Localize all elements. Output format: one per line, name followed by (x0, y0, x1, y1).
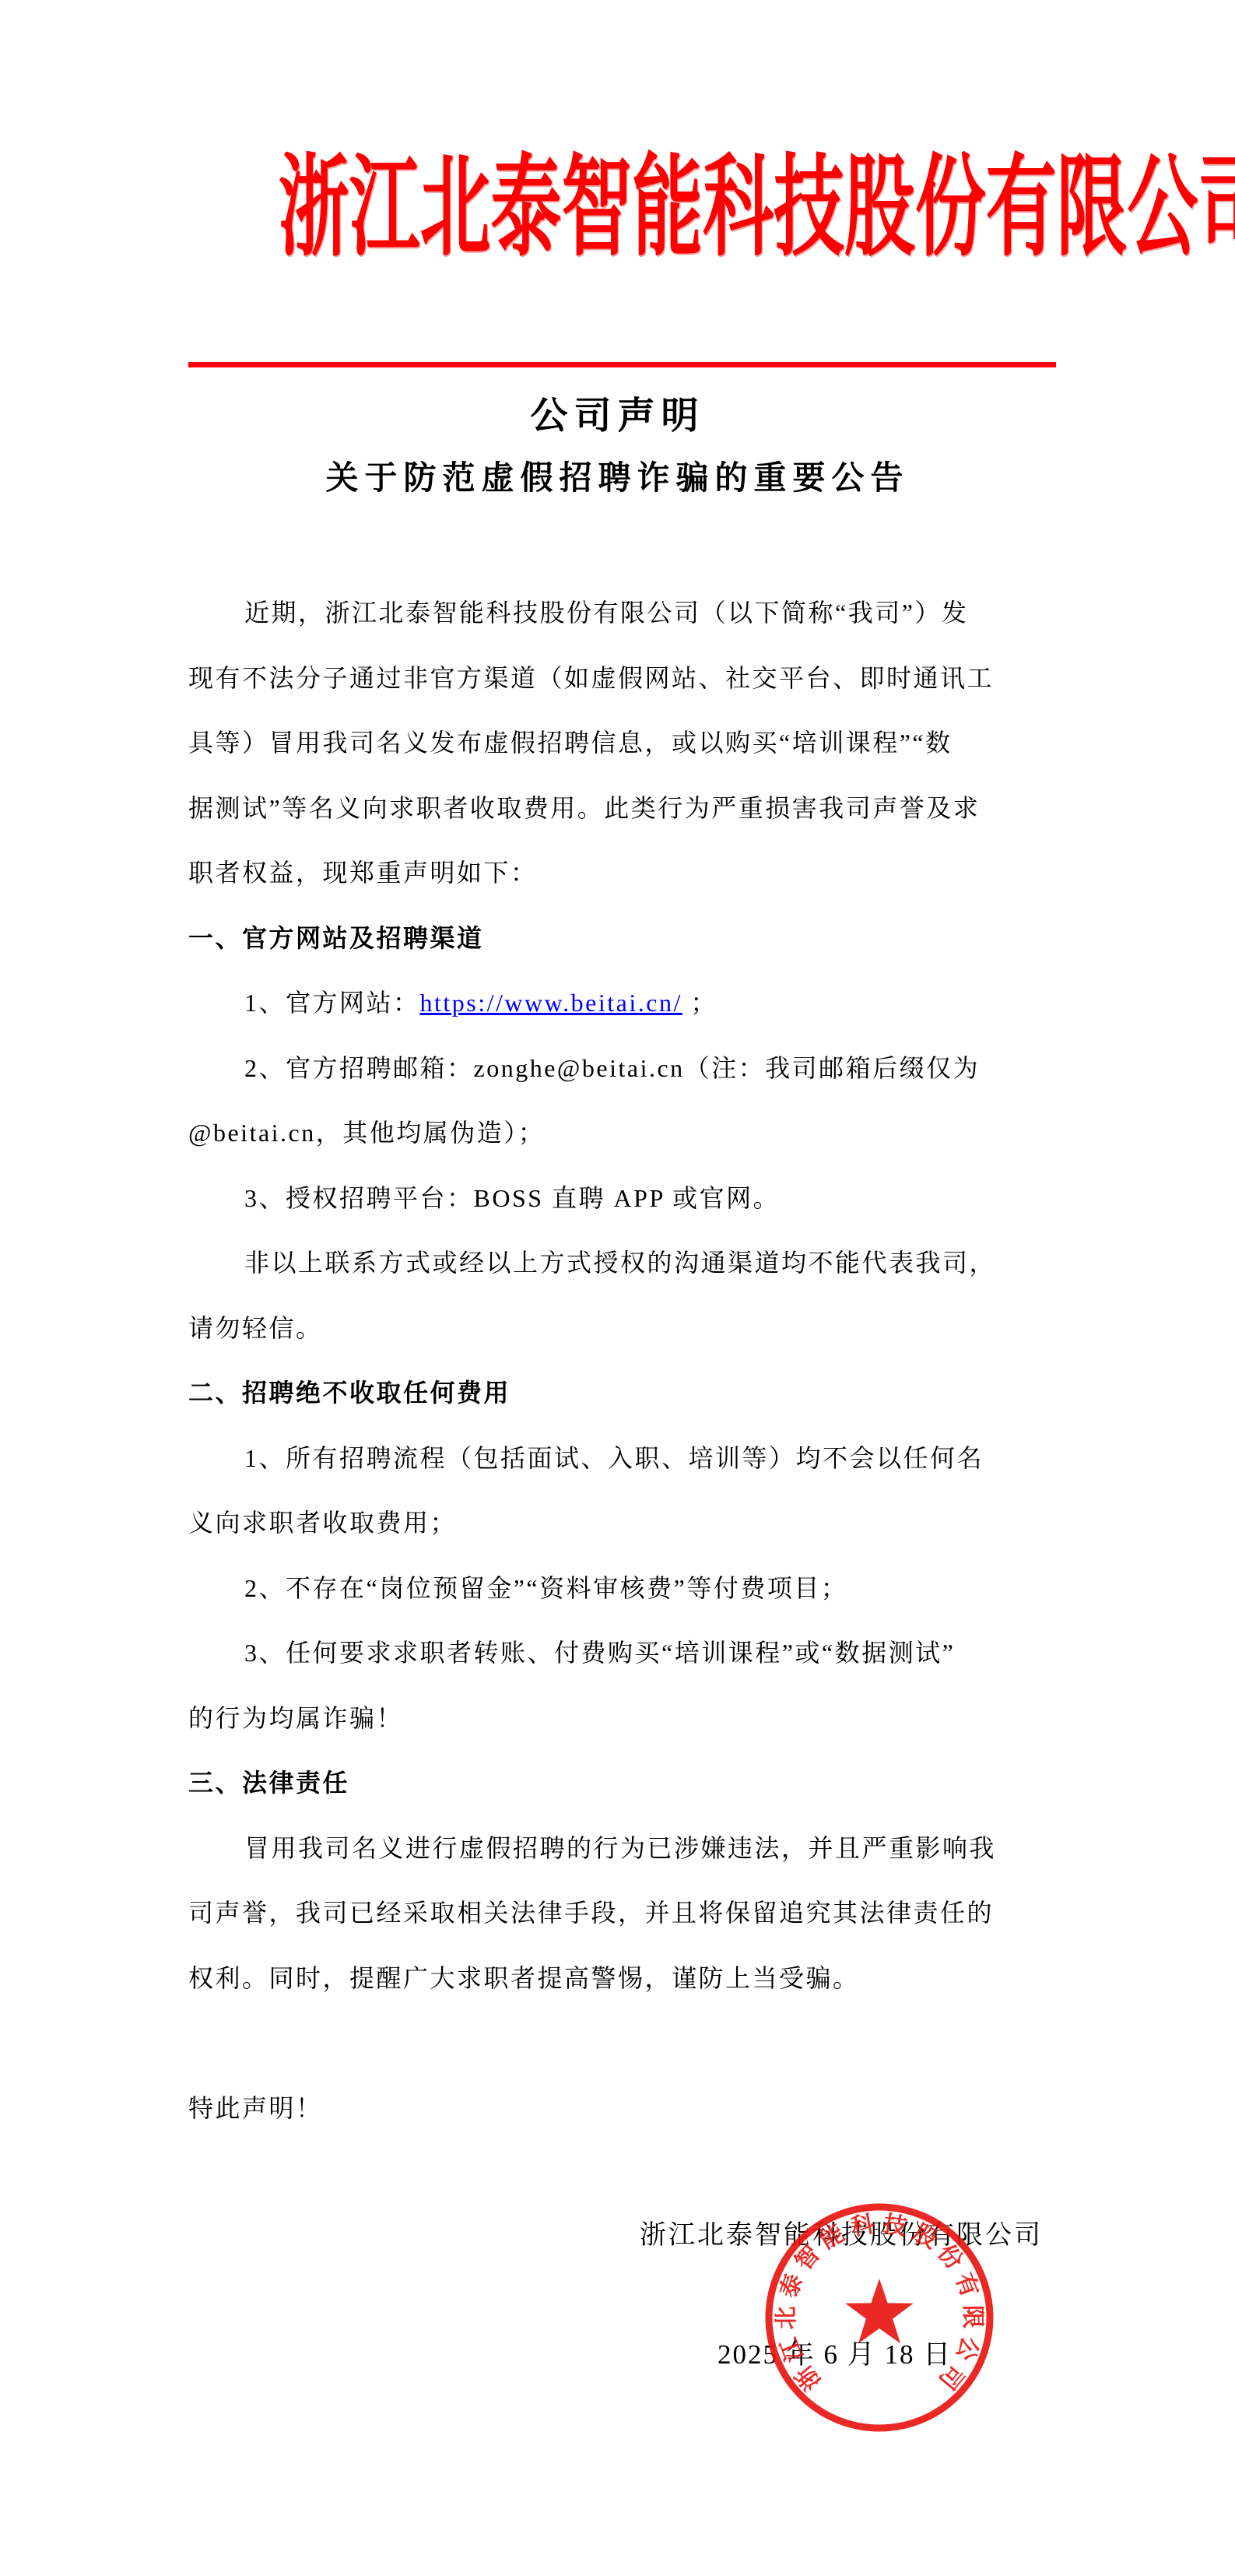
text-line: 权利。同时，提醒广大求职者提高警惕，谨防上当受骗。 (188, 1946, 1052, 2012)
section-heading-3: 三、法律责任 (188, 1751, 1052, 1816)
text-line: 冒用我司名义进行虚假招聘的行为已涉嫌违法，并且严重影响我 (188, 1816, 1052, 1882)
text-line: 3、任何要求求职者转账、付费购买“培训课程”或“数据测试” (188, 1621, 1052, 1686)
closing-statement: 特此声明！ (188, 2076, 1052, 2142)
link-line-suffix: ； (682, 989, 717, 1017)
official-email-line: 2、官方招聘邮箱：zonghe@beitai.cn（注：我司邮箱后缀仅为 (188, 1036, 1052, 1102)
text-line: 据测试”等名义向求职者收取费用。此类行为严重损害我司声誉及求 (188, 776, 1052, 842)
text-line: 请勿轻信。 (188, 1296, 1052, 1362)
section-heading-1: 一、官方网站及招聘渠道 (188, 906, 1052, 972)
document-title: 公司声明 (0, 394, 1235, 439)
official-website-link[interactable]: https://www.beitai.cn/ (420, 989, 682, 1017)
text-line: 近期，浙江北泰智能科技股份有限公司（以下简称“我司”）发 (188, 581, 1052, 646)
text-line: @beitai.cn，其他均属伪造）； (188, 1101, 1052, 1166)
text-line: 具等）冒用我司名义发布虚假招聘信息，或以购买“培训课程”“数 (188, 711, 1052, 776)
document-subtitle: 关于防范虚假招聘诈骗的重要公告 (0, 458, 1235, 501)
text-line: 现有不法分子通过非官方渠道（如虚假网站、社交平台、即时通讯工 (188, 646, 1052, 712)
section-heading-2: 二、招聘绝不收取任何费用 (188, 1361, 1052, 1426)
text-line: 1、所有招聘流程（包括面试、入职、培训等）均不会以任何名 (188, 1426, 1052, 1492)
text-line (188, 2011, 1052, 2076)
text-line: 司声誉，我司已经采取相关法律手段，并且将保留追究其法律责任的 (188, 1881, 1052, 1946)
seal-star-icon (845, 2279, 913, 2343)
text-line: 2、不存在“岗位预留金”“资料审核费”等付费项目； (188, 1556, 1052, 1622)
company-seal-stamp: 浙江北泰智能科技股份有限公司 (763, 2201, 996, 2434)
red-divider-rule (188, 362, 1056, 367)
text-line: 3、授权招聘平台：BOSS 直聘 APP 或官网。 (188, 1166, 1052, 1232)
text-line: 义向求职者收取费用； (188, 1491, 1052, 1556)
official-website-line: 1、官方网站：https://www.beitai.cn/ ； (188, 971, 1052, 1036)
text-line: 的行为均属诈骗！ (188, 1686, 1052, 1752)
text-line: 职者权益，现郑重声明如下： (188, 841, 1052, 906)
company-masthead: 浙江北泰智能科技股份有限公司 (0, 153, 1235, 263)
company-statement-document: 浙江北泰智能科技股份有限公司 公司声明 关于防范虚假招聘诈骗的重要公告 近期，浙… (0, 0, 1235, 2576)
link-line-prefix: 1、官方网站： (244, 989, 420, 1017)
company-name-header: 浙江北泰智能科技股份有限公司 (279, 153, 1235, 263)
text-line: 非以上联系方式或经以上方式授权的沟通渠道均不能代表我司， (188, 1231, 1052, 1296)
body-text: 近期，浙江北泰智能科技股份有限公司（以下简称“我司”）发现有不法分子通过非官方渠… (188, 581, 1052, 2141)
